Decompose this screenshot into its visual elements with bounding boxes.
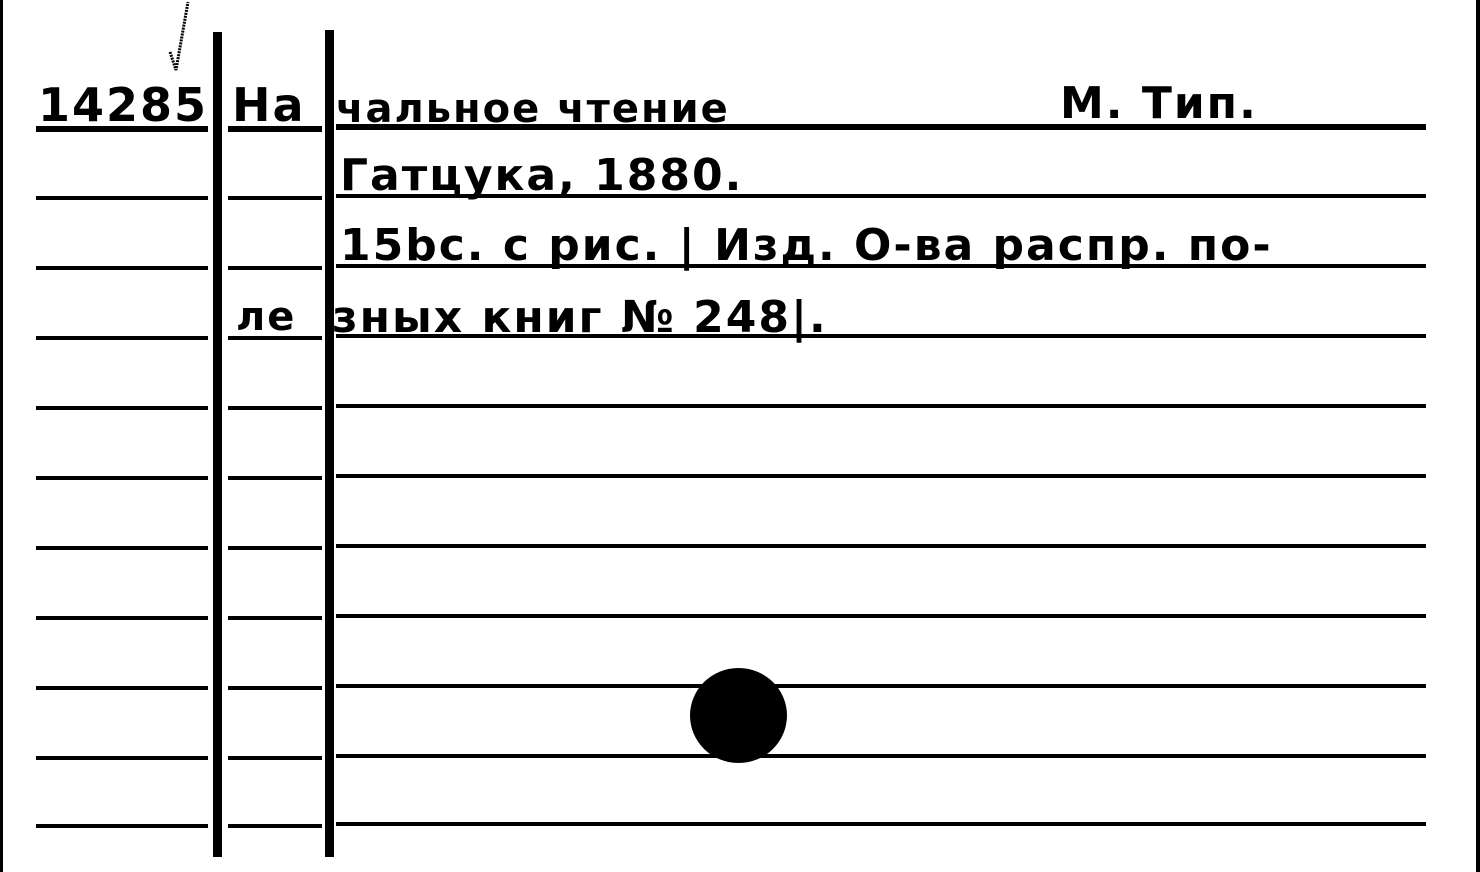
- ruled-line: [36, 546, 208, 550]
- ruled-line: [228, 686, 322, 690]
- collation-line: 15bc. с рис. | Изд. О-ва распр. по-: [340, 220, 1273, 271]
- ruled-line: [336, 544, 1426, 548]
- punch-hole: [690, 668, 787, 763]
- ruled-line: [336, 684, 1426, 688]
- ruled-line: [228, 616, 322, 620]
- ruled-line: [336, 614, 1426, 618]
- ruled-line: [336, 822, 1426, 826]
- check-mark-icon: [168, 0, 190, 80]
- ruled-line: [228, 196, 322, 200]
- imprint-line: Гатцука, 1880.: [340, 150, 743, 201]
- card-right-edge: [1476, 0, 1480, 872]
- ruled-line: [228, 406, 322, 410]
- ruled-line: [36, 406, 208, 410]
- ruled-line: [336, 474, 1426, 478]
- ruled-line: [36, 196, 208, 200]
- series-line-prefix: ле: [236, 294, 296, 340]
- ruled-line: [36, 266, 208, 270]
- accession-number: 14285: [38, 78, 208, 132]
- ruled-line: [228, 476, 322, 480]
- column-divider-2: [325, 30, 334, 857]
- ruled-line: [228, 546, 322, 550]
- ruled-line: [36, 476, 208, 480]
- heading-prefix: На: [232, 78, 306, 132]
- ruled-line: [36, 824, 208, 828]
- catalog-card: 14285 На чальное чтение М. Тип. Гатцука,…: [0, 0, 1480, 872]
- column-divider-1: [213, 32, 222, 857]
- series-line: зных книг № 248|.: [332, 292, 828, 343]
- ruled-line: [228, 266, 322, 270]
- ruled-line: [36, 686, 208, 690]
- ruled-line: [228, 756, 322, 760]
- ruled-line: [336, 754, 1426, 758]
- ruled-line: [336, 404, 1426, 408]
- ruled-line: [36, 616, 208, 620]
- card-left-edge: [0, 0, 3, 872]
- title-line-1: чальное чтение: [336, 86, 730, 132]
- imprint-place: М. Тип.: [1060, 78, 1258, 129]
- ruled-line: [36, 336, 208, 340]
- ruled-line: [228, 824, 322, 828]
- ruled-line: [36, 756, 208, 760]
